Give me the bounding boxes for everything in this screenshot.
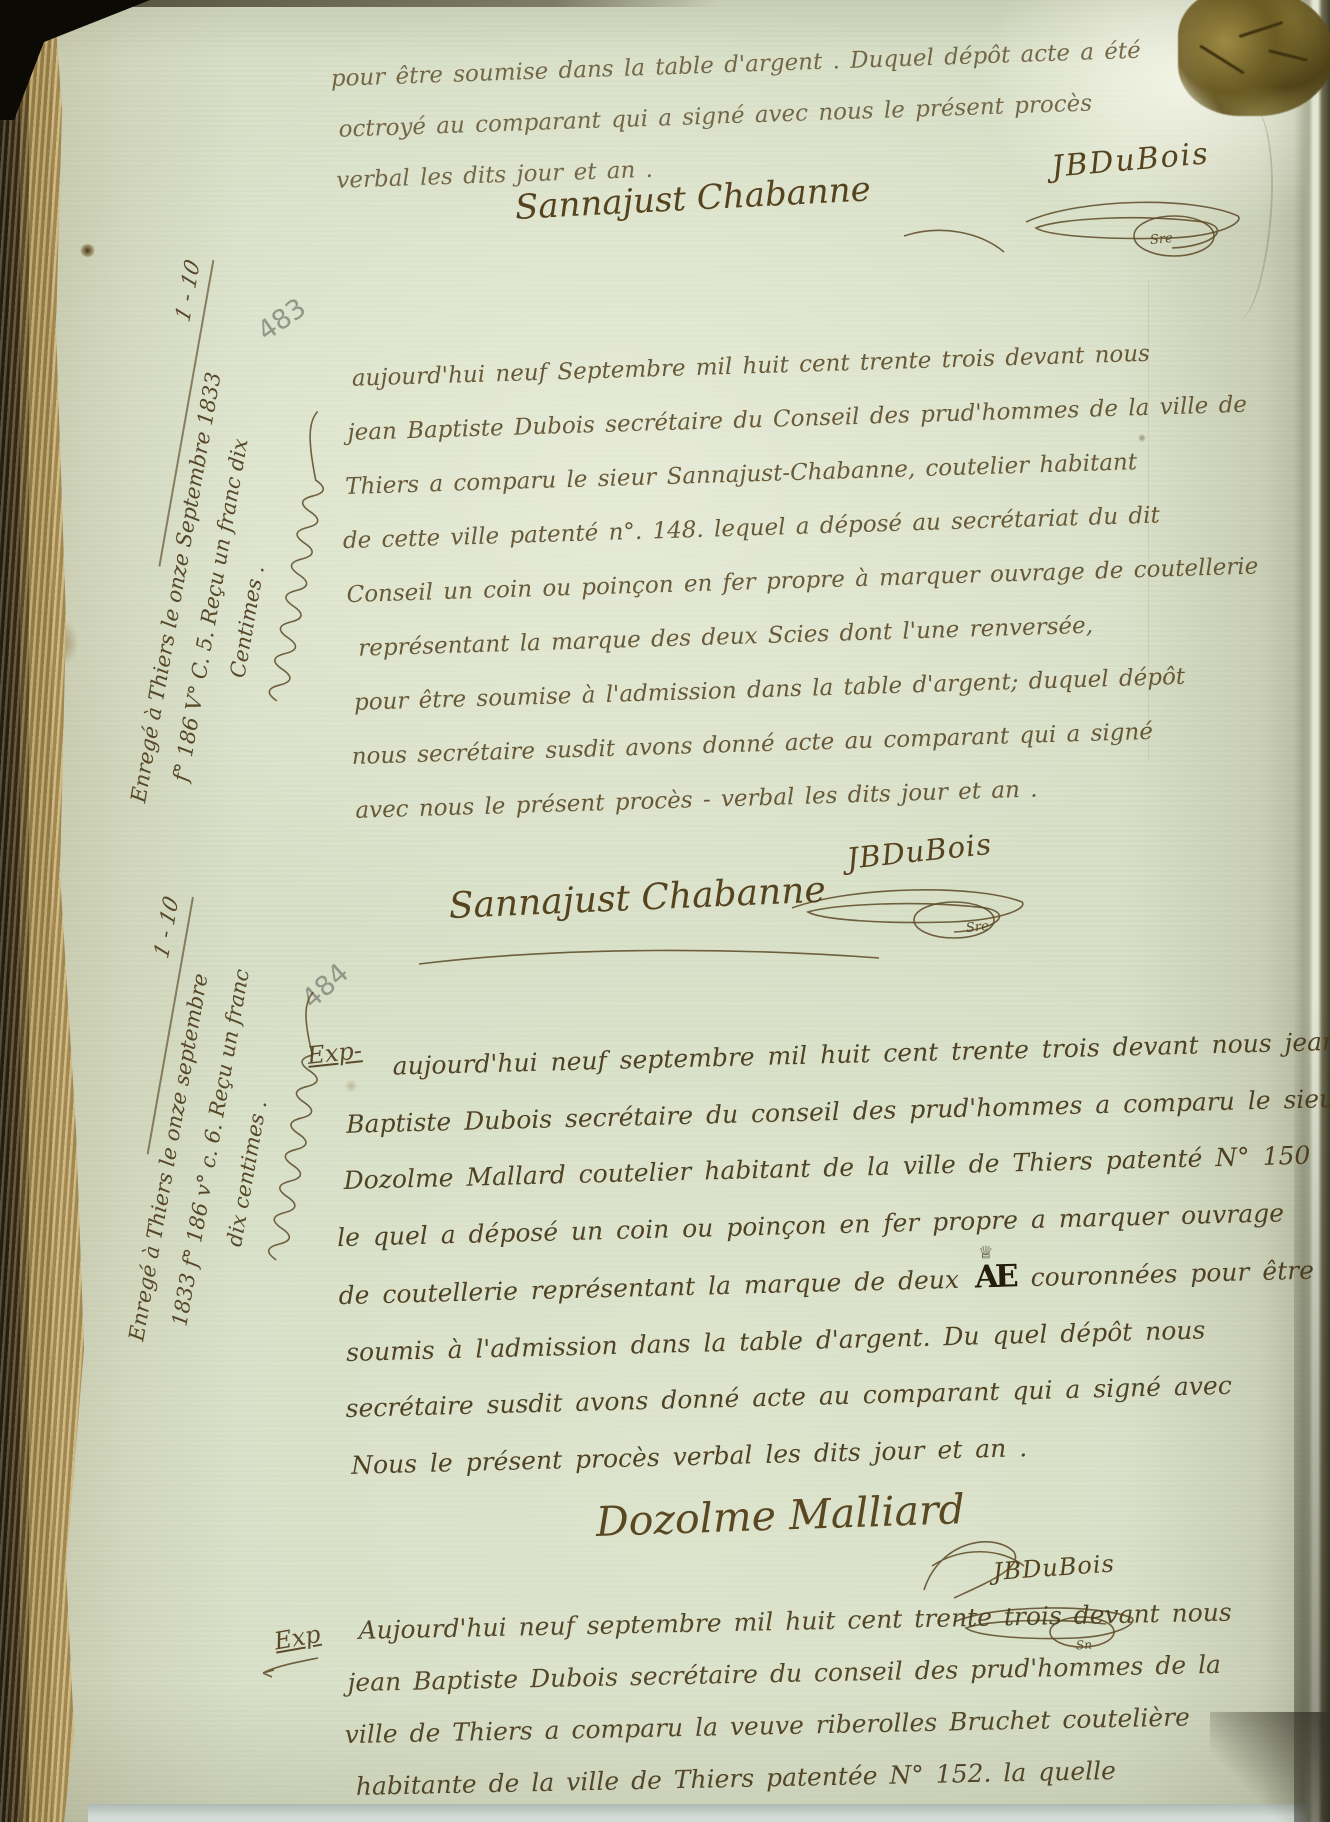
chabanne-underline-swash xyxy=(415,942,885,972)
scanned-register-page: pour être soumise dans la table d'argent… xyxy=(0,0,1330,1822)
dubois-paraphe-initials: Sre xyxy=(965,919,989,936)
cutler-stamp-mark: ♕ AE xyxy=(974,1248,1015,1308)
scan-top-edge-shadow xyxy=(60,0,720,7)
binding-thread-tuft xyxy=(1178,0,1330,116)
entry3-paragraph: Aujourd'hui neuf septembre mil huit cent… xyxy=(352,1587,1236,1813)
entry1-paragraph: aujourd'hui neuf Septembre mil huit cent… xyxy=(345,324,1266,838)
ink-stain xyxy=(80,244,95,257)
surface-below-page xyxy=(88,1804,1330,1822)
entry2-paragraph: aujourd'hui neuf septembre mil huit cent… xyxy=(340,1014,1330,1494)
dubois-paraphe-flourish xyxy=(1018,186,1258,270)
text-segment: couronnées pour être xyxy=(1030,1243,1315,1307)
chabanne-signature-tail xyxy=(900,222,1010,262)
dubois-paraphe-initials: Sre xyxy=(1149,231,1173,248)
dubois-paraphe-initials: Sn xyxy=(1076,1637,1093,1652)
exp-arrow-flourish xyxy=(258,1652,322,1680)
page-right-edge xyxy=(1294,0,1330,1822)
crown-icon: ♕ xyxy=(978,1225,995,1282)
